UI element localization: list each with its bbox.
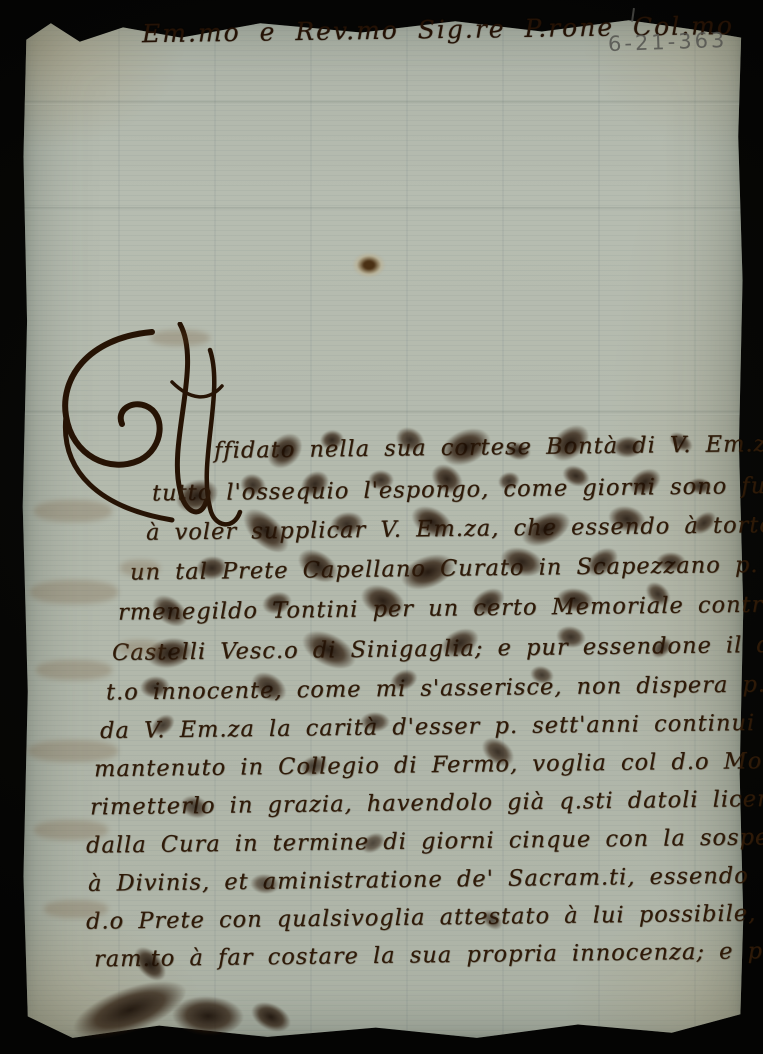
bleed-through-mark	[36, 660, 112, 680]
bleed-through-mark	[44, 900, 108, 918]
archival-number: 6-21-363	[608, 28, 728, 56]
paper-crease	[22, 207, 744, 211]
bleed-through-mark	[28, 740, 118, 762]
paper-crease	[22, 101, 744, 105]
bleed-through-mark	[120, 560, 160, 576]
bleed-through-mark	[150, 330, 210, 346]
bleed-through-mark	[30, 580, 118, 604]
bleed-through-mark	[34, 500, 112, 522]
bleed-through-mark	[118, 640, 162, 656]
bleed-through-mark	[34, 820, 108, 840]
scanned-letter: Em.mo e Rev.mo Sig.re P.rone Col.mo 6-21…	[0, 0, 763, 1054]
